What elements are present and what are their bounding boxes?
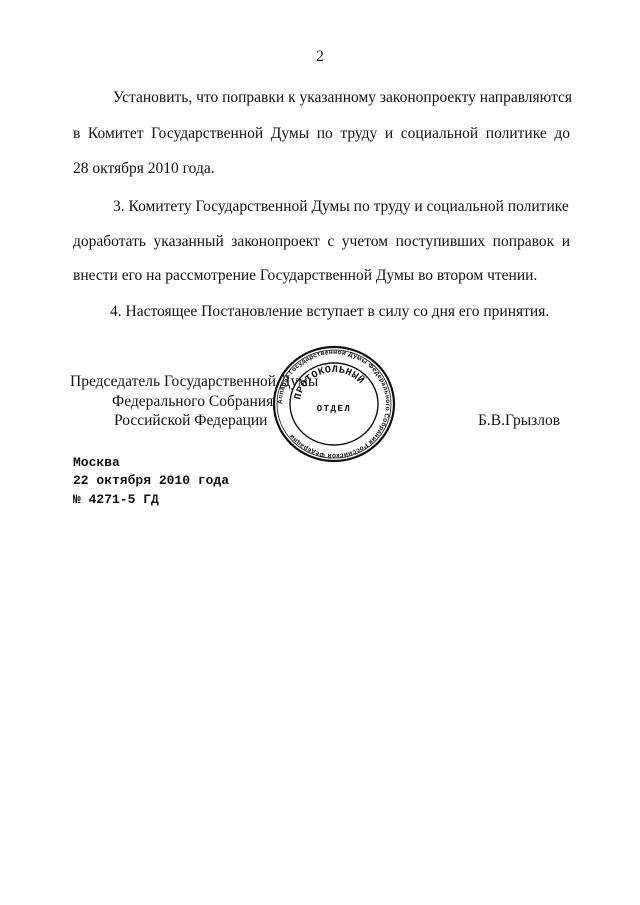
- paragraph-2-line-1: Установить, что поправки к указанному за…: [113, 89, 572, 107]
- official-stamp-icon: Аппарат Государственной Думы Федеральног…: [272, 345, 396, 463]
- paragraph-3-line-3: внести его на рассмотрение Государственн…: [73, 267, 537, 285]
- footer-date: 22 октября 2010 года: [73, 473, 229, 488]
- paragraph-3-line-1: 3. Комитету Государственной Думы по труд…: [113, 198, 569, 216]
- signature-title-line-3: Российской Федерации: [114, 412, 267, 430]
- paragraph-3-line-2: доработать указанный законопроект с учет…: [73, 233, 570, 251]
- page-number: 2: [0, 48, 640, 66]
- paragraph-4-line-1: 4. Настоящее Постановление вступает в си…: [110, 303, 549, 321]
- paragraph-2-line-2: в Комитет Государственной Думы по труду …: [73, 125, 570, 143]
- paragraph-2-line-3: 28 октября 2010 года.: [73, 160, 215, 178]
- signatory-name: Б.В.Грызлов: [478, 412, 560, 430]
- signature-title-line-2: Федерального Собрания: [112, 393, 273, 411]
- stamp-center-text: ОТДЕЛ: [317, 404, 352, 414]
- svg-text:ПРОТОКОЛЬНЫЙ: ПРОТОКОЛЬНЫЙ: [293, 365, 368, 401]
- footer-document-number: № 4271-5 ГД: [73, 492, 159, 507]
- footer-city: Москва: [73, 455, 120, 470]
